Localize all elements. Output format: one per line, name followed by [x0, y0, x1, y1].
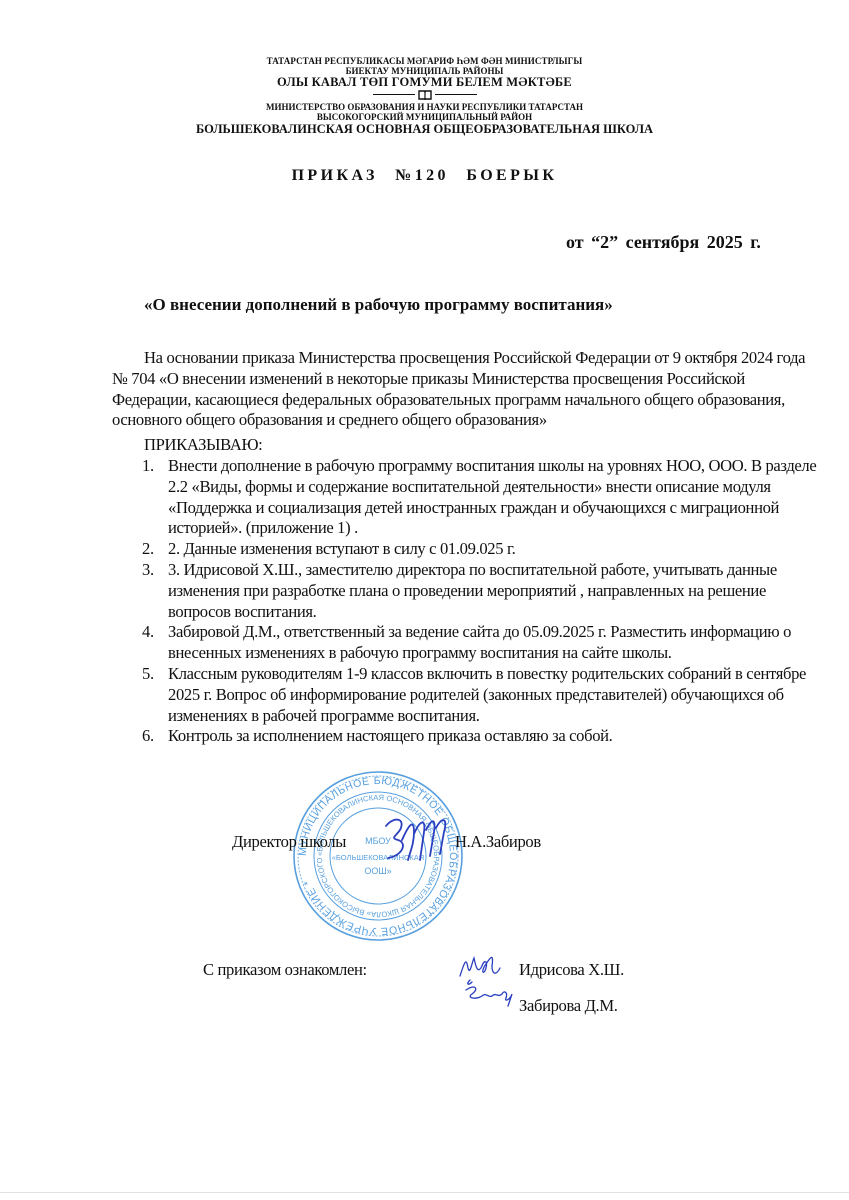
order-subject: «О внесении дополнений в рабочую програм…	[144, 295, 613, 315]
item-number: 5.	[142, 664, 154, 685]
acknowledgement-label: С приказом ознакомлен:	[203, 960, 367, 980]
order-preamble: На основании приказа Министерства просве…	[112, 348, 812, 431]
svg-text:ООШ»: ООШ»	[364, 866, 391, 876]
divider-line-right	[435, 94, 477, 96]
zabirova-signature-icon	[462, 980, 518, 1010]
header-divider	[0, 89, 849, 100]
order-item: 3. 3. Идрисовой Х.Ш., заместителю директ…	[142, 560, 822, 622]
order-item: 1. Внести дополнение в рабочую программу…	[142, 456, 822, 539]
order-item: 5. Классным руководителям 1-9 классов вк…	[142, 664, 822, 726]
preamble-text: На основании приказа Министерства просве…	[112, 348, 805, 429]
header-tatar-school: ОЛЫ КАВАЛ ТӨП ГОМУМИ БЕЛЕМ МӘКТӘБЕ	[0, 75, 849, 90]
order-title: ПРИКАЗ №120 БОЕРЫК	[0, 167, 849, 185]
order-items-list: 1. Внести дополнение в рабочую программу…	[142, 456, 822, 747]
acknowledged-person-name: Идрисова Х.Ш.	[519, 960, 624, 980]
order-item: 2. 2. Данные изменения вступают в силу с…	[142, 539, 822, 560]
header-russian-district: ВЫСОКОГОРСКИЙ МУНИЦИПАЛЬНЫЙ РАЙОН	[0, 112, 849, 122]
item-text: Внести дополнение в рабочую программу во…	[168, 456, 816, 537]
document-page: ТАТАРСТАН РЕСПУБЛИКАСЫ МӘГАРИФ ҺӘМ ФӘН М…	[0, 0, 849, 1200]
item-text: Забировой Д.М., ответственный за ведение…	[168, 622, 791, 662]
header-russian-school: БОЛЬШЕКОВАЛИНСКАЯ ОСНОВНАЯ ОБЩЕОБРАЗОВАТ…	[0, 122, 849, 137]
director-handwritten-signature-icon	[380, 810, 455, 865]
item-number: 4.	[142, 622, 154, 643]
item-number: 6.	[142, 726, 154, 747]
item-text: 2. Данные изменения вступают в силу с 01…	[168, 539, 515, 558]
order-item: 4. Забировой Д.М., ответственный за веде…	[142, 622, 822, 664]
header-tatar-ministry: ТАТАРСТАН РЕСПУБЛИКАСЫ МӘГАРИФ ҺӘМ ФӘН М…	[0, 56, 849, 66]
order-item: 6. Контроль за исполнением настоящего пр…	[142, 726, 822, 747]
acknowledged-person-name: Забирова Д.М.	[519, 996, 618, 1016]
item-text: Контроль за исполнением настоящего прика…	[168, 726, 612, 745]
item-number: 3.	[142, 560, 154, 581]
director-position: Директор школы	[232, 832, 346, 851]
decree-word: ПРИКАЗЫВАЮ:	[144, 435, 262, 455]
item-number: 1.	[142, 456, 154, 477]
item-text: Классным руководителям 1-9 классов включ…	[168, 664, 806, 725]
book-icon	[418, 89, 432, 100]
divider-line-left	[373, 94, 415, 96]
item-text: 3. Идрисовой Х.Ш., заместителю директора…	[168, 560, 777, 621]
director-name: Н.А.Забиров	[455, 832, 541, 852]
order-date: от “2” сентября 2025 г.	[566, 232, 761, 253]
header-russian-ministry: МИНИСТЕРСТВО ОБРАЗОВАНИЯ И НАУКИ РЕСПУБЛ…	[0, 102, 849, 112]
scan-bottom-edge	[0, 1192, 849, 1193]
item-number: 2.	[142, 539, 154, 560]
